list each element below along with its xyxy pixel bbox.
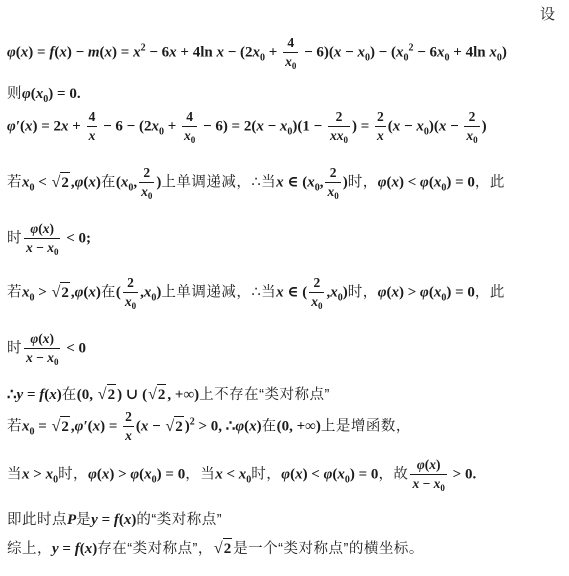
fraction-denominator: x [87,126,98,145]
radical-sign: √ [148,386,157,403]
math-variable: φ [378,175,387,191]
text: 若 [7,175,22,191]
math-symbol: + [164,119,180,135]
math-symbol: ) [50,221,55,236]
math-variable: x [22,467,30,483]
fraction-numerator: 2 [123,274,138,292]
math-symbol: 2 [125,409,132,424]
math-variable: xx [330,128,344,143]
fraction-denominator: x0 [123,292,138,311]
radicand: 2 [157,384,167,405]
math-variable: x [429,457,436,472]
radicand: 2 [174,416,184,437]
fraction-denominator: x0 [139,182,154,201]
radical-sign: √ [98,386,107,403]
math-symbol: ) = 2 [33,119,62,135]
math-symbol: 2 [377,109,384,124]
math-symbol: 2 [175,419,183,435]
math-variable: x [89,128,96,143]
fraction-denominator: x − x0 [24,238,60,257]
math-symbol: ) < [303,467,324,483]
math-variable: x [256,119,264,135]
fraction: φ(x)x − x0 [410,456,446,494]
fraction-numerator: 2 [375,108,386,126]
math-variable: m [88,45,100,61]
math-symbol: ) = [28,45,49,61]
math-symbol: > 0. [449,467,476,483]
math-variable: x [215,467,223,483]
text: 上单调递减，∴当 [161,175,276,191]
fraction: 2xx0 [328,108,350,146]
math-symbol: < 0; [62,231,91,247]
math-symbol: + [265,45,281,61]
text: 上不存在“类对称点” [199,387,330,403]
math-symbol: − (2 [224,45,253,61]
fraction-numerator: 4 [283,34,298,52]
math-variable: x [437,45,445,61]
text: 时， [348,285,378,301]
text: 是一个“类对称点”的横坐标。 [233,541,424,557]
math-variable: x [311,294,318,309]
subscript: 0 [403,53,408,64]
math-variable: x [88,175,96,191]
fraction-numerator: φ(x) [24,220,60,238]
subscript: 0 [440,483,445,493]
ratio-negative-conclusion-2: 时φ(x)x − x0 < 0 [7,330,86,368]
math-variable: φ [22,86,31,102]
math-symbol: + 4ln [177,45,217,61]
math-variable: x [276,175,284,191]
formula-phi-x0-zero: 则φ(x0) = 0. [7,84,81,107]
math-variable: x [47,350,54,365]
math-variable: x [61,119,69,135]
radicand: 2 [223,538,233,559]
subscript: 0 [318,301,323,311]
math-variable: φ [281,467,290,483]
math-variable: x [392,285,400,301]
math-variable: x [377,128,384,143]
math-variable: x [47,240,54,255]
math-symbol: ) [482,119,487,135]
fraction-denominator: x − x0 [410,474,446,493]
math-symbol: = [59,541,75,557]
math-symbol: − 6 − (2 [99,119,151,135]
math-variable: x [337,467,345,483]
math-variable: x [253,45,261,61]
corner-text: 设 [540,3,555,24]
math-symbol: 4 [186,109,193,124]
math-symbol: 2 [158,387,166,403]
math-symbol: ) = 0 [446,285,475,301]
text: 在 [101,285,116,301]
math-symbol: > [30,467,46,483]
math-variable: x [133,45,141,61]
math-symbol: − [264,119,280,135]
math-variable: x [416,119,424,135]
math-variable: x [22,175,30,191]
text: 的“类对称点” [136,512,222,528]
fraction-denominator: xx0 [328,126,350,145]
case-x0-equals-sqrt2: 若x0 = √2,φ′(x) = 2x(x − √2)2 > 0, ∴φ(x)在… [7,408,411,446]
math-variable: x [295,467,303,483]
fraction-numerator: 2 [139,164,154,182]
fraction-numerator: 4 [182,108,197,126]
fraction: φ(x)x − x0 [24,220,60,258]
math-variable: x [489,45,497,61]
math-variable: x [125,294,132,309]
math-symbol: 2 [127,275,134,290]
math-symbol: (0, +∞) [277,419,321,435]
fraction-numerator: 2 [123,408,134,426]
radical-sign: √ [52,418,61,435]
math-variable: x [357,45,365,61]
square-root: √2 [52,172,70,193]
math-variable: x [151,119,159,135]
math-solution-document: 设 φ(x) = f(x) − m(x) = x2 − 6x + 4ln x −… [0,0,569,576]
text: 时， [348,175,378,191]
math-variable: φ [130,467,139,483]
math-symbol: ∈ ( [284,285,308,301]
math-variable: x [105,45,113,61]
math-variable: x [125,428,132,443]
fraction-denominator: x0 [464,126,479,145]
math-symbol: ) [436,457,441,472]
math-symbol: > [35,285,51,301]
case-x0-less-sqrt2: 若x0 < √2,φ(x)在(x0,2x0)上单调递减，∴当x ∈ (x0,2x… [7,164,505,202]
subscript: 0 [343,135,348,145]
math-variable: x [43,331,50,346]
math-symbol: ) − [67,45,88,61]
math-variable: x [59,45,67,61]
text: 时 [7,341,22,357]
text: 在 [101,175,116,191]
math-variable: x [93,419,101,435]
radical-sign: √ [52,174,61,191]
math-variable: x [330,285,338,301]
math-symbol: ) = [352,119,373,135]
math-symbol: ) = 0 [446,175,475,191]
fraction-numerator: 4 [87,108,98,126]
text: 若 [7,419,22,435]
math-variable: x [144,467,152,483]
text: 时， [58,467,88,483]
math-symbol: ) [50,331,55,346]
math-variable: φ [420,175,429,191]
math-symbol: = [23,387,39,403]
text: 即此时点 [7,512,67,528]
fraction-denominator: x0 [309,292,324,311]
fraction: 2x [375,108,386,146]
fraction-denominator: x0 [182,126,197,145]
math-symbol: 4 [89,109,96,124]
math-symbol: , +∞) [167,387,199,403]
subscript: 0 [191,135,196,145]
radical-sign: √ [165,418,174,435]
math-symbol: − [400,119,416,135]
math-symbol: ( [116,285,121,301]
formula-phi-derivative: φ′(x) = 2x + 4x − 6 − (2x0 + 4x0 − 6) = … [7,108,487,146]
math-variable: y [91,512,98,528]
text: ，故 [378,467,408,483]
fraction-denominator: x0 [325,182,340,201]
subscript: 0 [132,301,137,311]
math-variable: x [307,175,315,191]
text: 上单调递减，∴当 [161,285,276,301]
math-symbol: ) = [112,45,133,61]
fraction: 2x0 [325,164,340,202]
math-symbol: ) = 0. [48,86,80,102]
subscript: 0 [334,191,339,201]
math-symbol: 2 [330,165,337,180]
fraction: 4x0 [283,34,298,72]
math-symbol: ) − ( [370,45,396,61]
text: 存在“类对称点”， [97,541,213,557]
square-root: √2 [52,282,70,303]
math-symbol: < 0 [62,341,86,357]
math-symbol: = [98,512,114,528]
fraction-denominator: x [375,126,386,145]
subscript: 0 [54,247,59,257]
math-variable: φ [420,285,429,301]
math-symbol: ) = 0 [157,467,186,483]
math-symbol: ) > [109,467,130,483]
fraction: 2x [123,408,134,446]
fraction: 2x0 [139,164,154,202]
fraction: 2x0 [123,274,138,312]
math-symbol: − 6 [413,45,437,61]
no-symmetry-point-statement: ∴y = f(x)在(0, √2) ∪ (√2, +∞)上不存在“类对称点” [7,384,330,405]
radical-sign: √ [214,540,223,557]
final-conclusion: 综上，y = f(x)存在“类对称点”，√2是一个“类对称点”的横坐标。 [7,538,424,559]
math-symbol: ) [502,45,507,61]
math-variable: x [25,119,33,135]
math-variable: φ [7,45,16,61]
math-variable: x [285,54,292,69]
subscript: 0 [473,135,478,145]
fraction-numerator: 2 [325,164,340,182]
fraction-denominator: x0 [283,52,298,71]
math-symbol: 2 [336,109,343,124]
math-variable: φ [88,467,97,483]
fraction: 2x0 [464,108,479,146]
math-symbol: ) = 0 [350,467,379,483]
radicand: 2 [60,282,70,303]
math-symbol: )( [429,119,439,135]
math-symbol: ) > [399,285,420,301]
text: 若 [7,285,22,301]
math-symbol: 2 [469,109,476,124]
math-symbol: 2 [313,275,320,290]
math-variable: x [276,285,284,301]
text: 上是增函数， [321,419,411,435]
math-symbol: )(1 − [292,119,326,135]
text: 当 [7,467,22,483]
case-x0-greater-sqrt2: 若x0 > √2,φ(x)在(2x0,x0)上单调递减，∴当x ∈ (2x0,x… [7,274,505,312]
math-symbol: − [33,350,47,365]
fraction-numerator: 2 [464,108,479,126]
fraction: 4x0 [182,108,197,146]
text: ，此 [475,285,505,301]
math-symbol: > 0, ∴ [195,419,236,435]
fraction: 4x [87,108,98,146]
math-variable: x [26,240,33,255]
square-root: √2 [214,538,232,559]
radicand: 2 [60,416,70,437]
math-symbol: 2 [61,419,69,435]
math-variable: φ [378,285,387,301]
radicand: 2 [60,172,70,193]
text: 是 [76,512,91,528]
math-symbol: − 6)( [300,45,334,61]
fraction-numerator: φ(x) [24,330,60,348]
fraction-denominator: x [123,426,134,445]
fraction-denominator: x − x0 [24,348,60,367]
point-p-statement: 即此时点P是y = f(x)的“类对称点” [7,510,222,530]
math-symbol: 2 [61,285,69,301]
math-symbol: − [446,119,462,135]
math-symbol: < [223,467,239,483]
math-symbol: − [341,45,357,61]
math-symbol: − [33,240,47,255]
math-variable: x [43,221,50,236]
subscript: 0 [292,61,297,71]
math-symbol: < [35,175,51,191]
math-symbol: 2 [108,387,116,403]
math-variable: P [67,512,76,528]
math-variable: x [392,175,400,191]
math-symbol: 2 [143,165,150,180]
math-symbol: , [133,175,137,191]
fraction: 2x0 [309,274,324,312]
math-variable: x [49,387,57,403]
math-symbol: ) ∪ ( [117,387,147,403]
math-symbol: = [35,419,51,435]
math-variable: x [169,45,177,61]
text: 在 [262,419,277,435]
math-variable: φ′ [7,119,20,135]
math-variable: x [184,128,191,143]
math-symbol: 2 [61,175,69,191]
math-symbol: 4 [287,35,294,50]
math-symbol: − 6 [146,45,170,61]
text: ，此 [475,175,505,191]
square-root: √2 [98,384,116,405]
math-symbol: − [148,419,164,435]
math-variable: φ [235,419,244,435]
math-symbol: 2 [224,541,232,557]
math-variable: x [141,184,148,199]
square-root: √2 [165,416,183,437]
text: 则 [7,86,22,102]
ratio-positive-conclusion: 当x > x0时，φ(x) > φ(x0) = 0，当x < x0时，φ(x) … [7,456,476,494]
math-variable: x [22,419,30,435]
math-variable: x [26,350,33,365]
square-root: √2 [148,384,166,405]
fraction-numerator: φ(x) [410,456,446,474]
math-symbol: + 4ln [450,45,490,61]
fraction-numerator: 2 [309,274,324,292]
math-symbol: − 6) = 2( [199,119,256,135]
subscript: 0 [54,357,59,367]
text: 综上， [7,541,52,557]
text: 在 [62,387,77,403]
math-symbol: ) < [399,175,420,191]
math-symbol: ) = [100,419,121,435]
math-variable: x [46,467,54,483]
math-variable: x [88,285,96,301]
radicand: 2 [107,384,117,405]
fraction-numerator: 2 [328,108,350,126]
math-variable: x [22,285,30,301]
math-symbol: , [320,175,324,191]
math-variable: x [216,45,224,61]
fraction: φ(x)x − x0 [24,330,60,368]
square-root: √2 [52,416,70,437]
math-variable: φ [417,457,425,472]
math-symbol: ∈ ( [284,175,308,191]
subscript: 0 [148,191,153,201]
math-variable: φ′ [75,419,88,435]
text: ，当 [185,467,215,483]
math-symbol: ∴ [7,387,17,403]
math-symbol: (0, [77,387,97,403]
math-variable: x [249,419,257,435]
math-symbol: − [419,476,433,491]
ratio-negative-conclusion: 时φ(x)x − x0 < 0; [7,220,91,258]
math-symbol: + [69,119,85,135]
radical-sign: √ [52,284,61,301]
text: 时， [251,467,281,483]
formula-phi-definition: φ(x) = f(x) − m(x) = x2 − 6x + 4ln x − (… [7,34,507,72]
math-variable: y [52,541,59,557]
text: 时 [7,231,22,247]
